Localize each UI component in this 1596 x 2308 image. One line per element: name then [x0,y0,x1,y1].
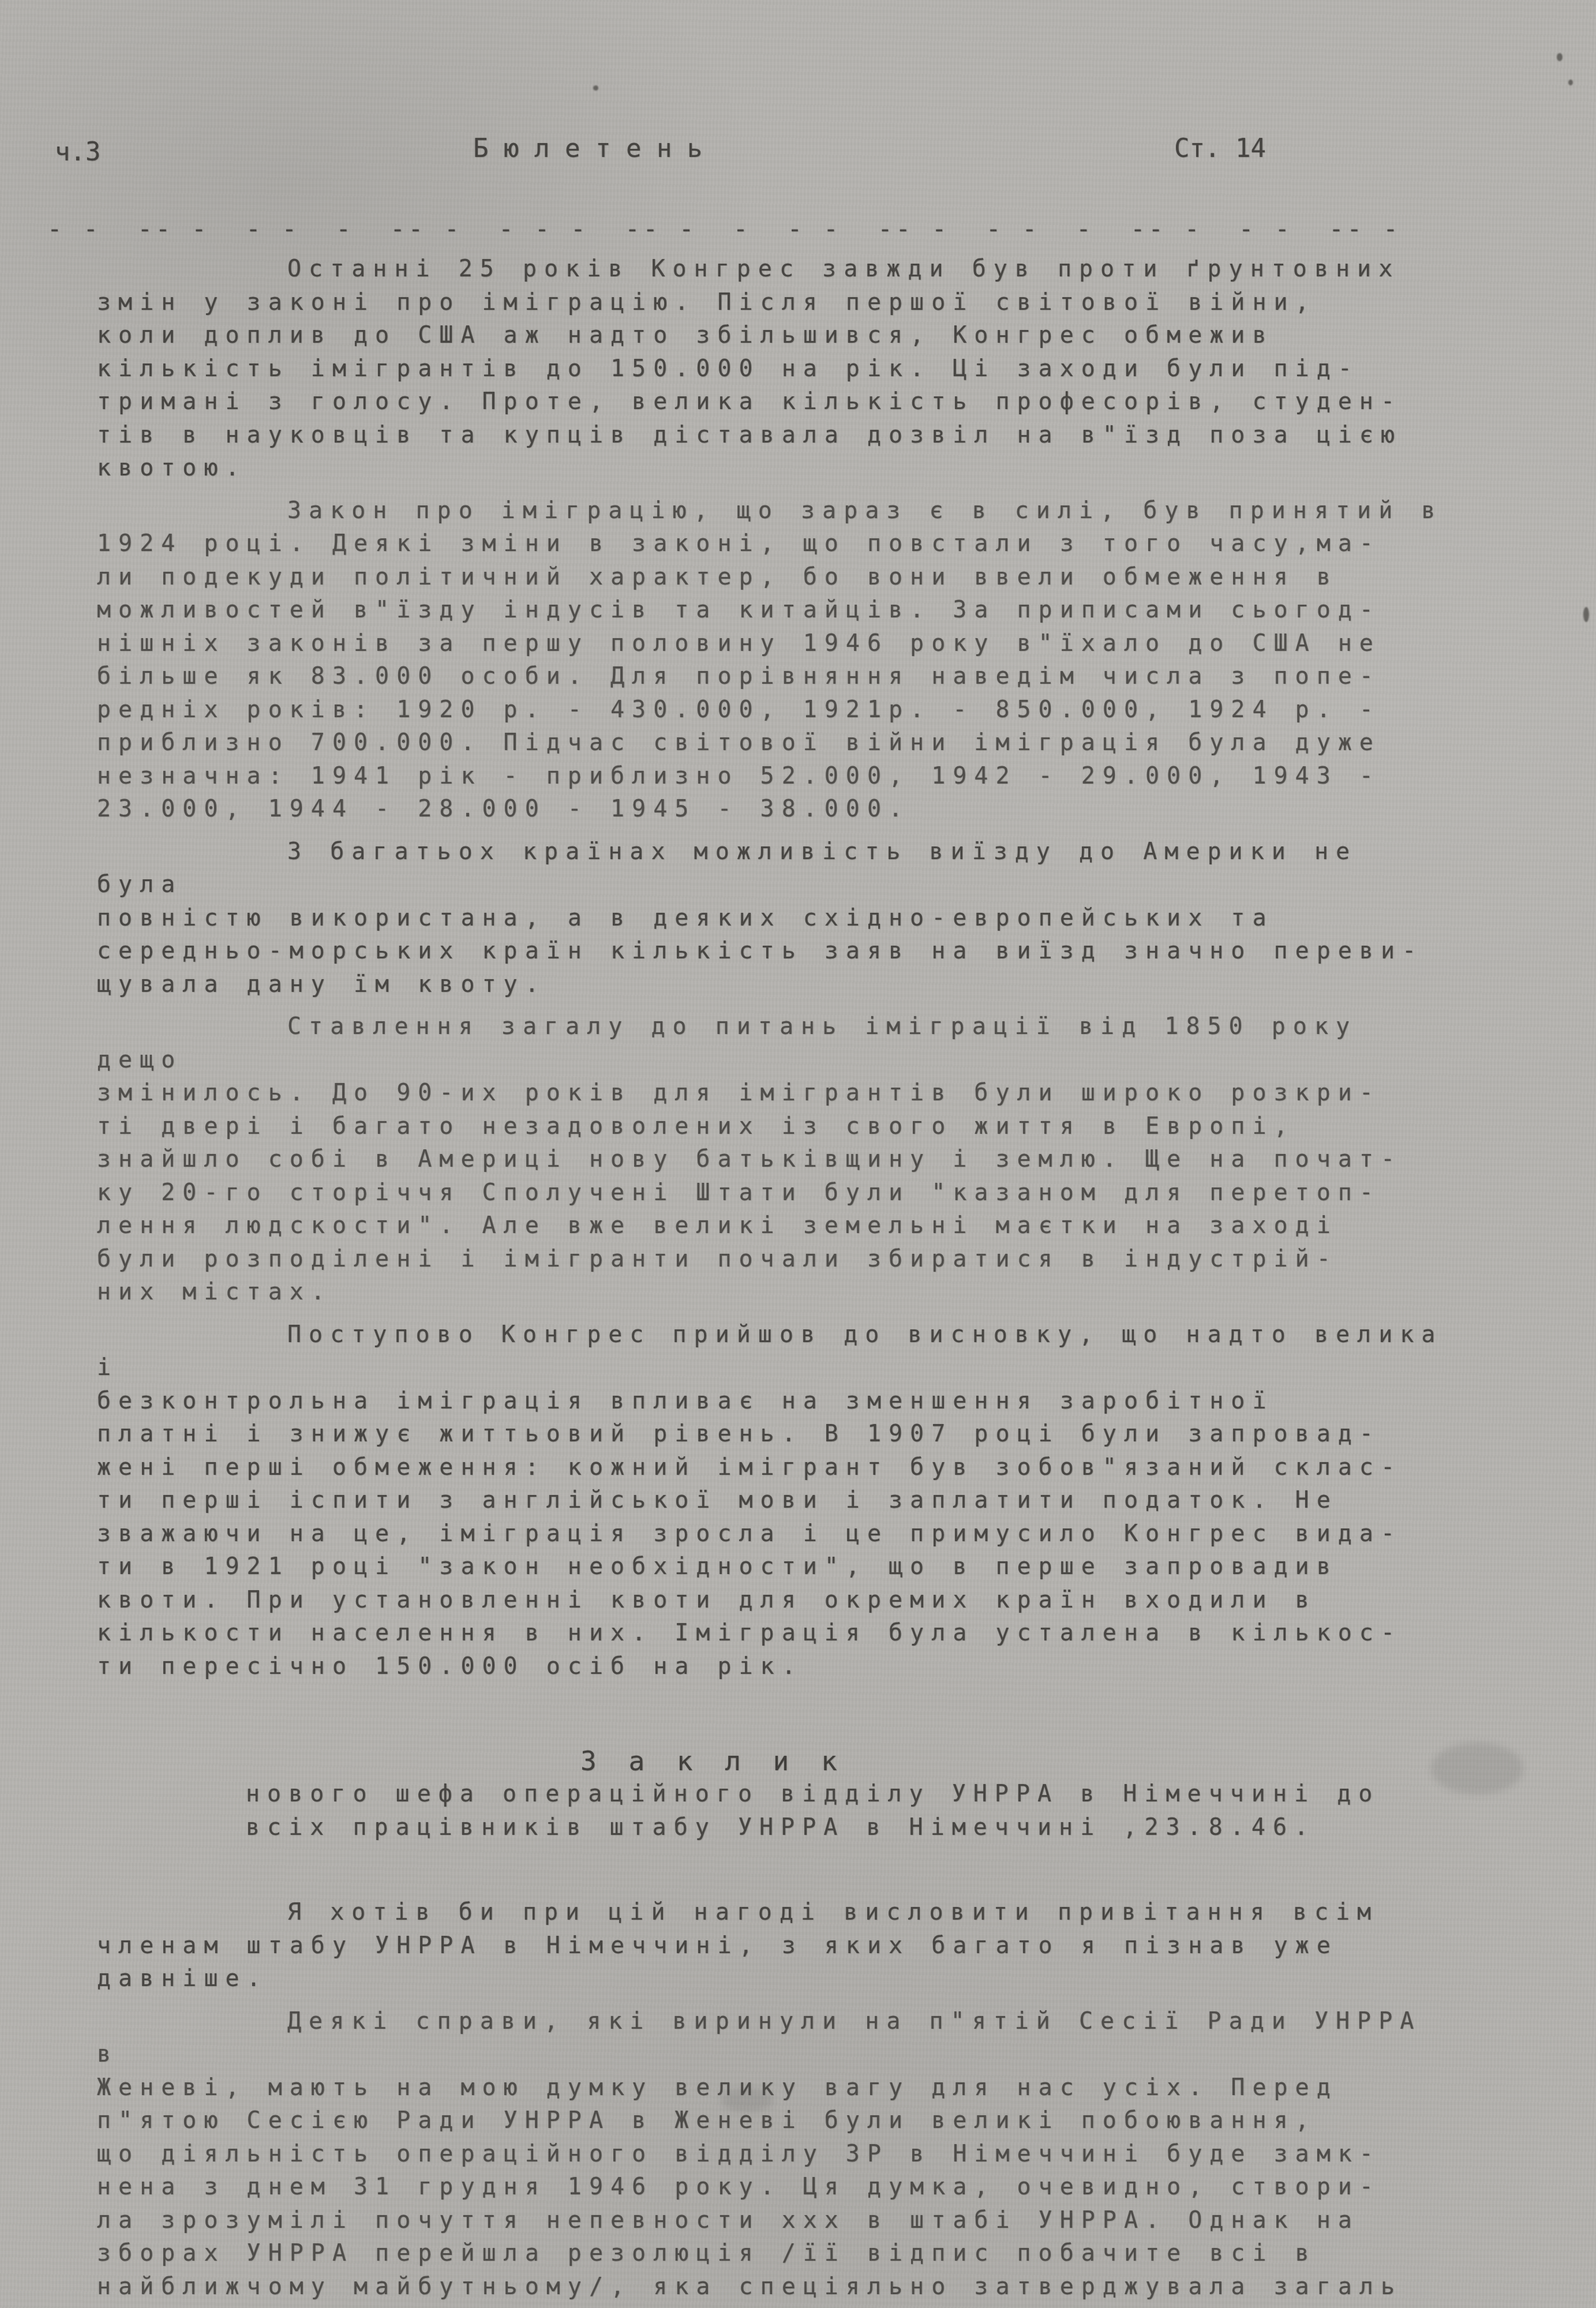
paragraph: Останні 25 років Конгрес завжди був прот… [97,253,1459,485]
article-immigration: Останні 25 років Конгрес завжди був прот… [97,253,1459,1683]
paragraph: Поступово Конгрес прийшов до висновку, щ… [97,1318,1459,1684]
text-column: Останні 25 років Конгрес завжди був прот… [97,253,1459,2308]
header-divider-rule: - - -- - - - - -- - - - - -- - - - - -- … [47,215,1432,243]
paragraph: Ставлення загалу до питань іміграції від… [97,1010,1459,1309]
appeal-body: Я хотів би при цій нагоді висловити прив… [97,1896,1459,2303]
paragraph: Деякі справи, які виринули на п"ятій Сес… [97,2005,1459,2304]
paragraph: Я хотів би при цій нагоді висловити прив… [97,1896,1459,1996]
appeal-subtitle: нового шефа операційного відділу УНРРА в… [246,1778,1459,1844]
ink-speck [593,85,598,91]
article-appeal: З а к л и к нового шефа операційного від… [97,1745,1459,2303]
scanned-document-page: ч.3 Б ю л е т е н ь Ст. 14 - - -- - - - … [0,0,1596,2308]
scan-smudge [721,2089,773,2112]
paragraph: Закон про іміграцію, що зараз є в силі, … [97,494,1459,826]
ink-speck [1583,607,1589,622]
page-title: Б ю л е т е н ь [473,134,702,163]
issue-number: ч.3 [55,137,100,167]
appeal-heading: З а к л и к [580,1745,1459,1777]
scan-smudge [1431,1743,1523,1794]
ink-speck [1568,80,1573,85]
ink-speck [1557,53,1563,61]
paragraph: З багатьох країнах можливість виїзду до … [97,835,1459,1002]
page-number: Ст. 14 [1174,134,1266,163]
